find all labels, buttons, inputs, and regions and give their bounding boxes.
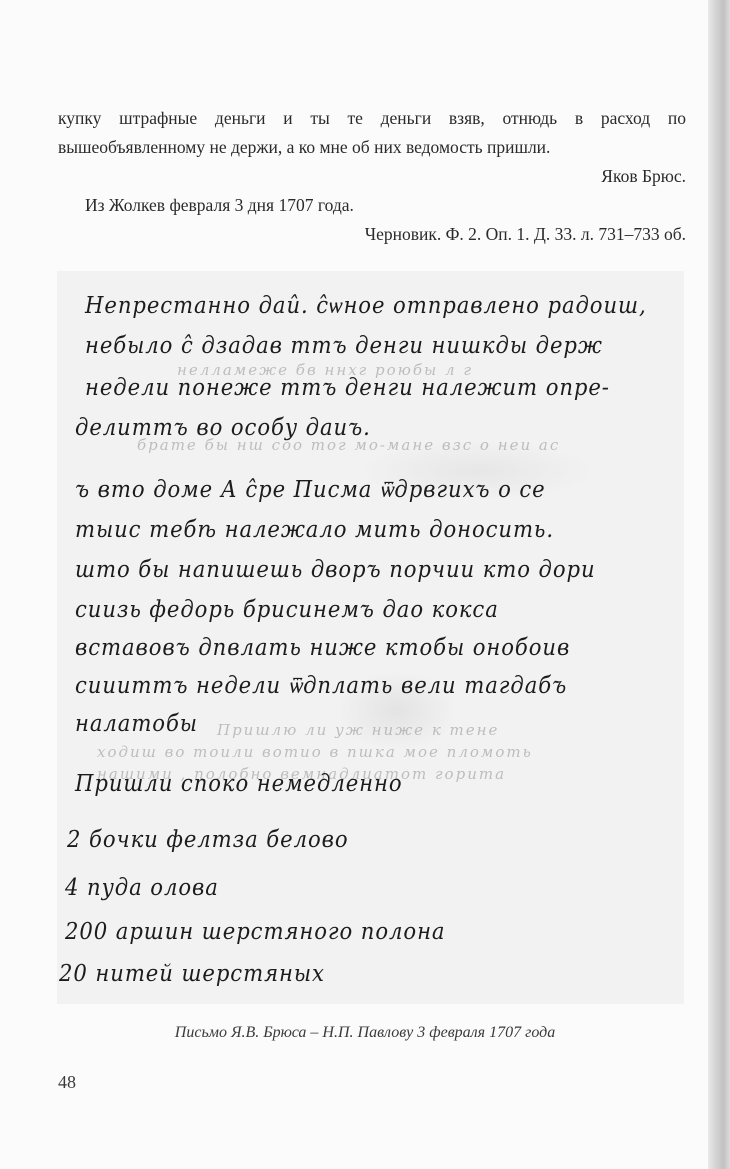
dateline: Из Жолкев февраля 3 дня 1707 года. xyxy=(58,191,686,220)
archive-reference: Черновик. Ф. 2. Оп. 1. Д. 33. л. 731–733… xyxy=(58,220,686,249)
manuscript-faint-text: Пришлю ли уж ниже к тене xyxy=(217,721,499,739)
signature: Яков Брюс. xyxy=(58,162,686,191)
manuscript-line: Непрестанно даи̂. с̂ѡное отправлено радо… xyxy=(85,293,647,319)
manuscript-line: 2 бочки фелтза белово xyxy=(67,827,349,853)
manuscript-line: 4 пуда олова xyxy=(65,875,219,901)
body-text-line: вышеобъявленному не держи, а ко мне об н… xyxy=(58,133,686,162)
manuscript-line: 20 нитей шерстяных xyxy=(59,961,325,987)
manuscript-image: нелламеже бв ннхг роюбы л г брате бы нш … xyxy=(57,271,684,1004)
manuscript-line: вставовъ дпвлать ниже ктобы онобоив xyxy=(75,635,570,661)
manuscript-line: небыло с̂ дзадав ттъ денги нишкды держ xyxy=(85,333,603,359)
manuscript-line: што бы напишешь дворъ порчии кто дори xyxy=(75,557,596,583)
manuscript-line: налатобы xyxy=(75,711,198,737)
figure-caption: Письмо Я.В. Брюса – Н.П. Павлову 3 февра… xyxy=(0,1024,730,1042)
page-gutter-shadow xyxy=(708,0,730,1169)
body-text-line: купку штрафные деньги и ты те деньги взя… xyxy=(58,104,686,133)
manuscript-line: недели понеже ттъ денги належит опре- xyxy=(85,375,610,401)
page-number: 48 xyxy=(58,1072,76,1093)
manuscript-line: ъ вто доме А с̂ре Писма ѿдрвгихъ о се xyxy=(75,477,546,503)
manuscript-line: сиииттъ недели ѿдплать вели тагдабъ xyxy=(75,673,567,699)
body-text-block: купку штрафные деньги и ты те деньги взя… xyxy=(58,104,686,249)
manuscript-line: сиизь федорь брисинемъ дао кокса xyxy=(75,597,499,623)
manuscript-line: Пришли споко немедленно xyxy=(75,771,403,797)
manuscript-faint-text: ходиш во тоили вотио в пшка мое пломоть xyxy=(97,743,533,761)
manuscript-line: делиттъ во особу даиъ. xyxy=(75,415,371,441)
manuscript-line: 200 аршин шерстяного полона xyxy=(65,919,445,945)
manuscript-line: тыис тебѣ належало мить доносить. xyxy=(75,517,554,543)
